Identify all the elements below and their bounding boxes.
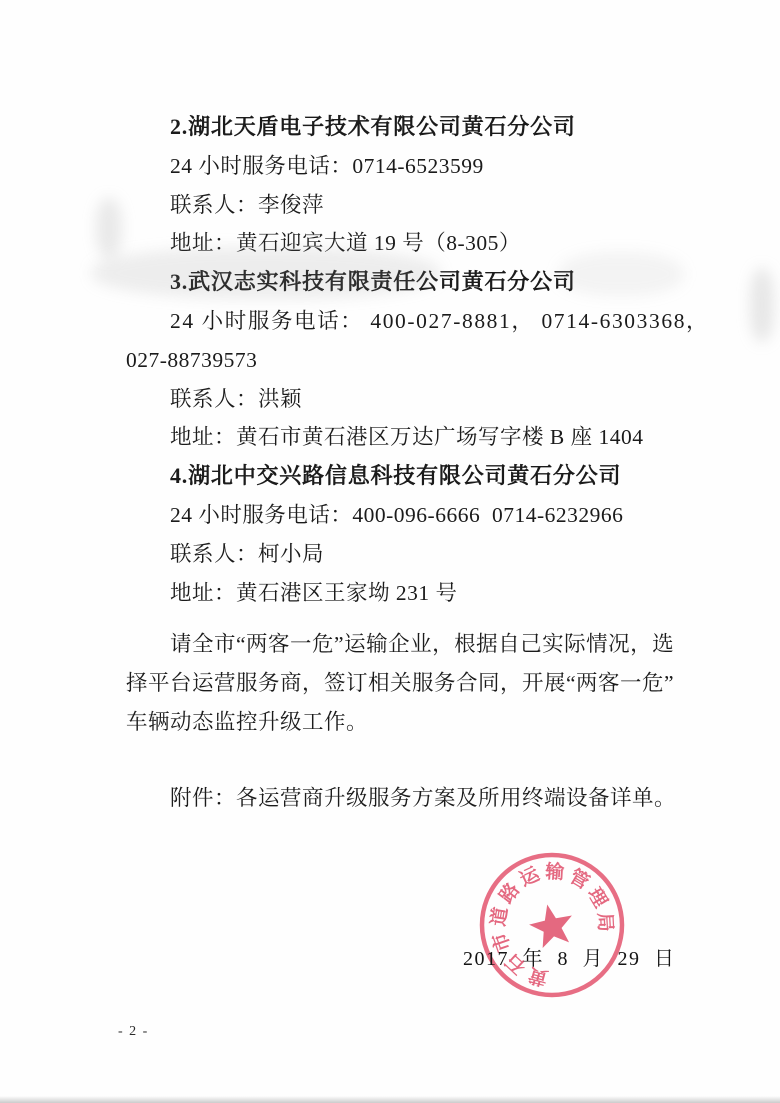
section-heading-2: 2.湖北天盾电子技术有限公司黄石分公司 [126,108,710,147]
scan-smudge [558,252,684,296]
service-phone-line: 24 小时服务电话：400-096-6666 0714-6232966 [126,496,710,535]
closing-paragraph: 请全市“两客一危”运输企业，根据自己实际情况，选 择平台运营服务商，签订相关服务… [126,625,710,741]
contact-person-line: 联系人：柯小局 [126,535,710,574]
address-line: 地址：黄石港区王家坳 231 号 [126,574,710,613]
scan-smudge [750,268,774,342]
attachment-line: 附件：各运营商升级服务方案及所用终端设备详单。 [126,779,710,818]
paragraph-line: 请全市“两客一危”运输企业，根据自己实际情况，选 [126,625,710,664]
scan-smudge [96,198,122,258]
address-line: 地址：黄石市黄石港区万达广场写字楼 B 座 1404 [126,418,710,457]
scan-smudge [92,247,440,299]
phone-continuation-line: 027-88739573 [126,341,710,380]
date-line: 2017 年 8 月 29 日 [463,942,676,971]
section-heading-4: 4.湖北中交兴路信息科技有限公司黄石分公司 [126,457,710,496]
contact-person-line: 联系人：洪颖 [126,380,710,419]
document-page: 2.湖北天盾电子技术有限公司黄石分公司 24 小时服务电话：0714-65235… [0,0,780,1103]
page-number: - 2 - [118,1024,149,1040]
paragraph-line: 择平台运营服务商，签订相关服务合同，开展“两客一危” [126,664,710,703]
paragraph-line: 车辆动态监控升级工作。 [126,703,710,742]
official-seal: 黄 石 市 道 路 运 输 管 理 局 [472,845,632,1005]
contact-person-line: 联系人：李俊萍 [126,186,710,225]
scan-edge [0,1096,780,1103]
seal-text-char: 局 [591,910,616,935]
document-body: 2.湖北天盾电子技术有限公司黄石分公司 24 小时服务电话：0714-65235… [126,108,710,818]
service-phone-line: 24 小时服务电话： 400-027-8881， 0714-6303368， [126,302,710,341]
service-phone-line: 24 小时服务电话：0714-6523599 [126,147,710,186]
